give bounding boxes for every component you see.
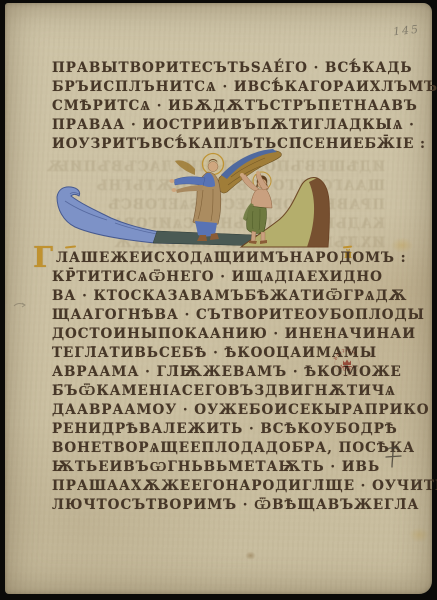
manuscript-line: СМѢРИТСѦ · ИБѪДѪТЪСТРЪПЕТНААВЪ xyxy=(52,97,437,116)
upper-text-block: ПРАВЫТВОРИТЕСЪТЬЅАЕ́ГО · ВСѢ́КАДЬ БРЪИСП… xyxy=(52,59,437,154)
john-torso xyxy=(251,189,272,208)
manuscript-line: БРЪИСПЛЪНИТСѦ · ИВСѢ́КАГОРАИХЛЪМЪ xyxy=(52,78,437,97)
library-stamp: BRITISH MUSEUM xyxy=(332,348,362,378)
manuscript-line: ТЕГЛ̄АТИВЬСЕБѢ · ѢКООЦ̄АИМАМЫ xyxy=(52,344,437,363)
manuscript-line: ЛАШЕЖЕИСХОДѦЩИИМЪНАРОДОМЪ : xyxy=(52,249,437,268)
angel-hand xyxy=(172,188,177,192)
john-hand xyxy=(256,171,260,175)
manuscript-line: ДААВРААМОУ · ОУЖЕБОИСЕКЫРАПРИКО xyxy=(52,401,437,420)
john-hand xyxy=(240,173,244,177)
angel-hand xyxy=(170,179,175,183)
lower-text-block: ЛАШЕЖЕИСХОДѦЩИИМЪНАРОДОМЪ : КР̄ТИТИСѦѾНЕ… xyxy=(52,249,437,515)
manuscript-line: ВА · КТОСКАЗАВАМЪБѢЖАТИѾГРѦДѪ xyxy=(52,287,437,306)
manuscript-line: АВРААМА · ГЛ̄ѬЖЕВАМЪ · ѢКОМОЖЕ xyxy=(52,363,437,382)
illuminated-initial: Г xyxy=(33,243,53,272)
stamp-crown-icon xyxy=(343,360,352,368)
manuscript-line: ѬТЬЕИВЪѠГНЬВЬМЕТАѬТЬ · ИВЬ xyxy=(52,458,437,477)
angel-arm-upper xyxy=(174,177,205,186)
angel-head xyxy=(208,162,218,172)
manuscript-photo: 145 ИДѢШЕВЪПОУСТЫНИГЛАСЪВЪПИѬ ЩААГООУГОТ… xyxy=(0,0,437,600)
margin-squiggle-icon xyxy=(13,300,27,310)
svg-text:BRITISH: BRITISH xyxy=(333,348,357,361)
stamp-text-top: BRITISH xyxy=(333,348,357,361)
manuscript-line: ИОУЗРИТЪВСѢ́КАПЛЪТЬСП̄СЕНИЕБЖ̄ІЕ : xyxy=(52,135,437,154)
manuscript-line: ПРАШААХѪЖЕЕГОНАРОДИГЛ̄ЩЕ · ОУЧИТЕ xyxy=(52,477,437,496)
folio-number: 145 xyxy=(392,23,420,39)
miniature-illustration xyxy=(45,145,345,259)
parchment-page: 145 ИДѢШЕВЪПОУСТЫНИГЛАСЪВЪПИѬ ЩААГООУГОТ… xyxy=(5,3,432,594)
margin-cross-mark-icon xyxy=(384,441,404,469)
manuscript-line: ЛЮЧТОСЪТВОРИМЪ · ѾВѢЩАВЪЖЕГЛ̄А xyxy=(52,496,437,515)
manuscript-line: ВОНЕТВОРѦЩЕЕПЛОДАДОБРА, ПОСѢКА xyxy=(52,439,437,458)
manuscript-line: РЕНИДРѢВАЛЕЖИТЬ · ВСѢКОУБОДРѢ xyxy=(52,420,437,439)
manuscript-line: ПРАВАА · ИОСТРИИВЪПѪТИГЛАДКЫѦ · xyxy=(52,116,437,135)
manuscript-line: ПРАВЫТВОРИТЕСЪТЬЅАЕ́ГО · ВСѢ́КАДЬ xyxy=(52,59,437,78)
manuscript-line: ДОСТОИНЫПОКААНИЮ · ИНЕНАЧИНАИ xyxy=(52,325,437,344)
manuscript-line: Б̄ЪѾКАМЕНІАСЕГОВЪЗДВИГНѪТИЧѦ xyxy=(52,382,437,401)
manuscript-line: ЩААГОГНѢВА · СЪТВОРИТЕОУБОПЛОДЫ xyxy=(52,306,437,325)
angel-left-wing xyxy=(175,160,195,175)
manuscript-line: КР̄ТИТИСѦѾНЕГО · ИЩѦДІАЕХИДНО xyxy=(52,268,437,287)
